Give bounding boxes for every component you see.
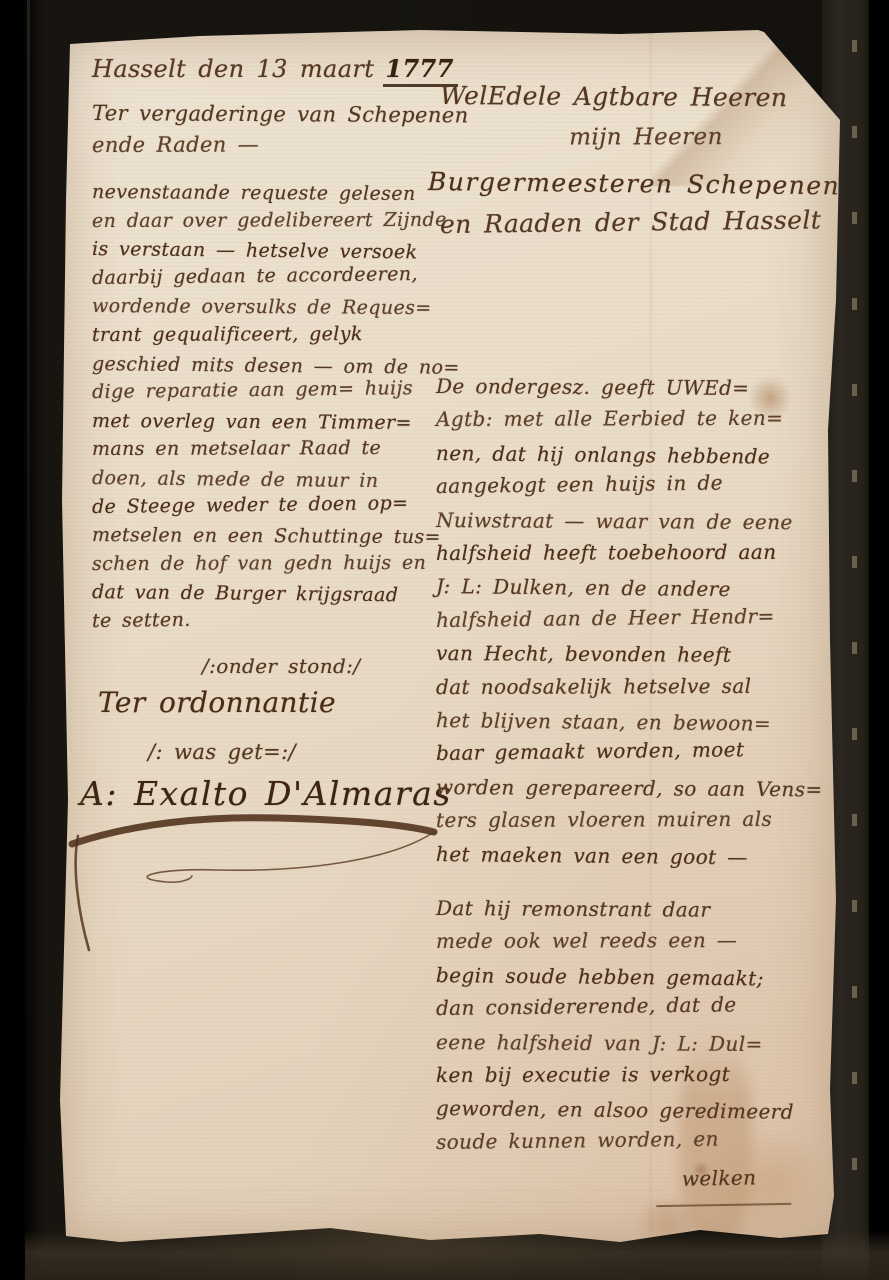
- manuscript-line: mede ook wel reeds een —: [436, 924, 856, 959]
- manuscript-line: daarbij gedaan te accordeeren,: [92, 259, 464, 292]
- manuscript-line: dige reparatie aan gem= huijs: [92, 374, 464, 407]
- manuscript-line: dat noodsakelijk hetselve sal: [436, 669, 856, 704]
- manuscript-line: mijn Heeren: [440, 116, 852, 160]
- left-column: Hasselt den 13 maart1777 Ter vergadering…: [92, 54, 464, 636]
- manuscript-line: nevenstaande requeste gelesen: [92, 178, 464, 209]
- signed-annotation: /: was get=:/: [148, 740, 296, 764]
- dateline-place-date: Hasselt den 13 maart: [92, 55, 374, 83]
- manuscript-line: de Steege weder te doen op=: [92, 488, 464, 521]
- manuscript-line: halfsheid heeft toebehoord aan: [436, 536, 856, 571]
- manuscript-line: Ter vergaderinge van Schepenen: [92, 97, 464, 131]
- manuscript-line: en Raaden der Stad Hasselt: [440, 198, 852, 246]
- manuscript-line: schen de hof van gedn huijs en: [92, 548, 464, 578]
- manuscript-line: metselen en een Schuttinge tus=: [92, 521, 464, 552]
- manuscript-line: het maeken van een goot —: [436, 838, 856, 876]
- manuscript-line: De ondergesz. geeft UWEd=: [436, 370, 856, 406]
- manuscript-line: ters glasen vloeren muiren als: [436, 803, 856, 838]
- manuscript-line: wordende oversulks de Reques=: [92, 292, 464, 323]
- manuscript-line: ken bij executie is verkogt: [436, 1058, 856, 1093]
- manuscript-line: eene halfsheid van J: L: Dul=: [436, 1026, 856, 1062]
- manuscript-line: trant gequalificeert, gelyk: [92, 320, 464, 350]
- manuscript-line: en daar over gedelibereert Zijnde: [92, 205, 464, 235]
- manuscript-line: Nuiwstraat — waar van de eene: [436, 504, 856, 540]
- ordinance-line: Ter ordonnantie: [98, 686, 336, 719]
- manuscript-page: Hasselt den 13 maart1777 Ter vergadering…: [52, 26, 842, 1250]
- petition-body-text: De ondergesz. geeft UWEd=Agtb: met alle …: [436, 370, 856, 871]
- catchword: welken: [655, 1165, 790, 1207]
- right-black-border: [869, 0, 889, 1280]
- manuscript-line: van Hecht, bevonden heeft: [436, 637, 856, 673]
- manuscript-line: Agtb: met alle Eerbied te ken=: [436, 402, 856, 437]
- manuscript-line: baar gemaakt worden, moet: [436, 732, 856, 771]
- manuscript-line: aangekogt een huijs in de: [436, 465, 856, 504]
- address-block: WelEdele Agtbare Heerenmijn HeerenBurger…: [440, 74, 852, 246]
- manuscript-line: ende Raden —: [92, 128, 464, 161]
- left-salutation: Ter vergaderinge van Schepenenende Raden…: [92, 97, 464, 161]
- catchword-container: welken: [608, 1166, 838, 1206]
- manuscript-line: halfsheid aan de Heer Hendr=: [436, 599, 856, 638]
- manuscript-line: soude kunnen worden, en: [436, 1121, 856, 1160]
- signature-flourish: [62, 808, 472, 958]
- petition-body-text-2: Dat hij remonstrant daarmede ook wel ree…: [436, 892, 856, 1159]
- dateline: Hasselt den 13 maart1777: [92, 54, 464, 83]
- closing-annotation: /:onder stond:/: [202, 654, 360, 678]
- manuscript-line: mans en metselaar Raad te: [92, 434, 464, 464]
- photograph-of-manuscript: { "manuscript": { "dateline": { "place_a…: [0, 0, 889, 1280]
- manuscript-line: te setten.: [92, 602, 464, 635]
- manuscript-line: worden gerepareerd, so aan Vens=: [436, 771, 856, 807]
- left-body-text: nevenstaande requeste gelesenen daar ove…: [92, 178, 464, 636]
- manuscript-line: Dat hij remonstrant daar: [436, 892, 856, 928]
- manuscript-line: WelEdele Agtbare Heeren: [440, 74, 852, 120]
- manuscript-line: dan considererende, dat de: [436, 987, 856, 1026]
